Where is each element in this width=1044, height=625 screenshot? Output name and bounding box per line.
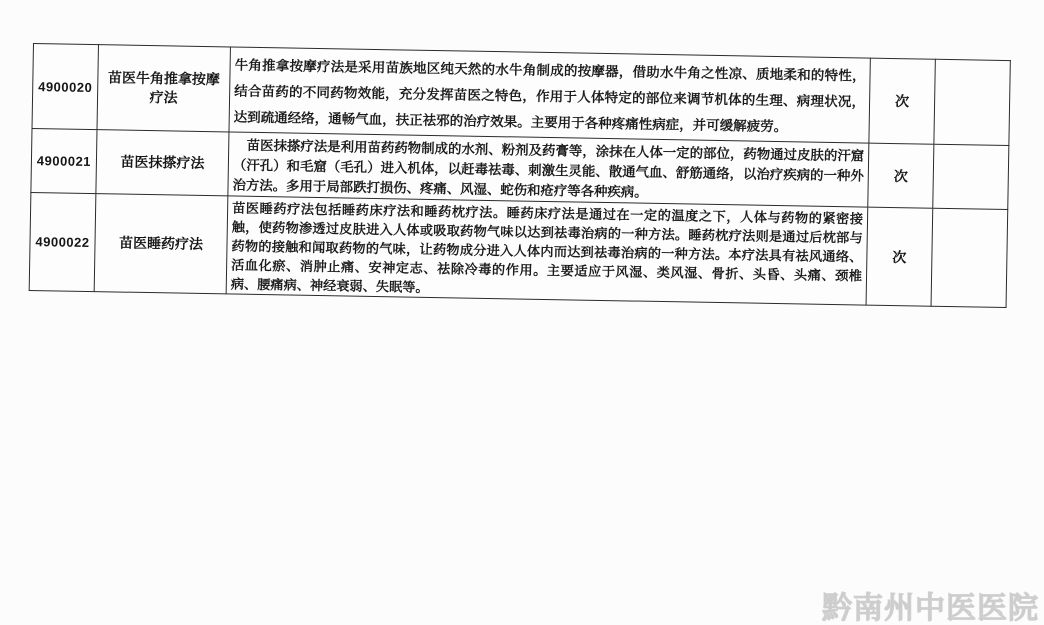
item-description: 牛角推拿按摩疗法是采用苗族地区纯天然的水牛角制成的按摩器，借助水牛角之性凉、质地… bbox=[229, 47, 870, 143]
item-name: 苗医牛角推拿按摩疗法 bbox=[97, 45, 230, 132]
item-name: 苗医睡药疗法 bbox=[94, 194, 228, 294]
note-cell bbox=[931, 208, 1008, 307]
item-description: 苗医睡药疗法包括睡药床疗法和睡药枕疗法。睡药床疗法是通过在一定的温度之下，人体与… bbox=[226, 196, 868, 305]
scanned-page: 4900020 苗医牛角推拿按摩疗法 牛角推拿按摩疗法是采用苗族地区纯天然的水牛… bbox=[0, 0, 1044, 625]
table-row: 4900022 苗医睡药疗法 苗医睡药疗法包括睡药床疗法和睡药枕疗法。睡药床疗法… bbox=[29, 192, 1008, 307]
medical-service-table: 4900020 苗医牛角推拿按摩疗法 牛角推拿按摩疗法是采用苗族地区纯天然的水牛… bbox=[29, 43, 1011, 308]
item-unit: 次 bbox=[868, 143, 934, 208]
item-description: 苗医抹搽疗法是利用苗药药物制成的水剂、粉剂及药膏等，涂抹在人体一定的部位，药物通… bbox=[228, 132, 869, 207]
note-cell bbox=[933, 144, 1009, 209]
item-name: 苗医抹搽疗法 bbox=[96, 130, 229, 196]
table-tilt-wrapper: 4900020 苗医牛角推拿按摩疗法 牛角推拿按摩疗法是采用苗族地区纯天然的水牛… bbox=[29, 43, 1011, 308]
note-cell bbox=[934, 59, 1010, 145]
item-code: 4900021 bbox=[31, 128, 97, 193]
item-code: 4900020 bbox=[32, 44, 98, 130]
item-unit: 次 bbox=[866, 207, 933, 306]
item-unit: 次 bbox=[869, 58, 935, 144]
item-code: 4900022 bbox=[29, 192, 96, 291]
hospital-watermark: 黔南州中医医院 bbox=[822, 583, 1044, 625]
